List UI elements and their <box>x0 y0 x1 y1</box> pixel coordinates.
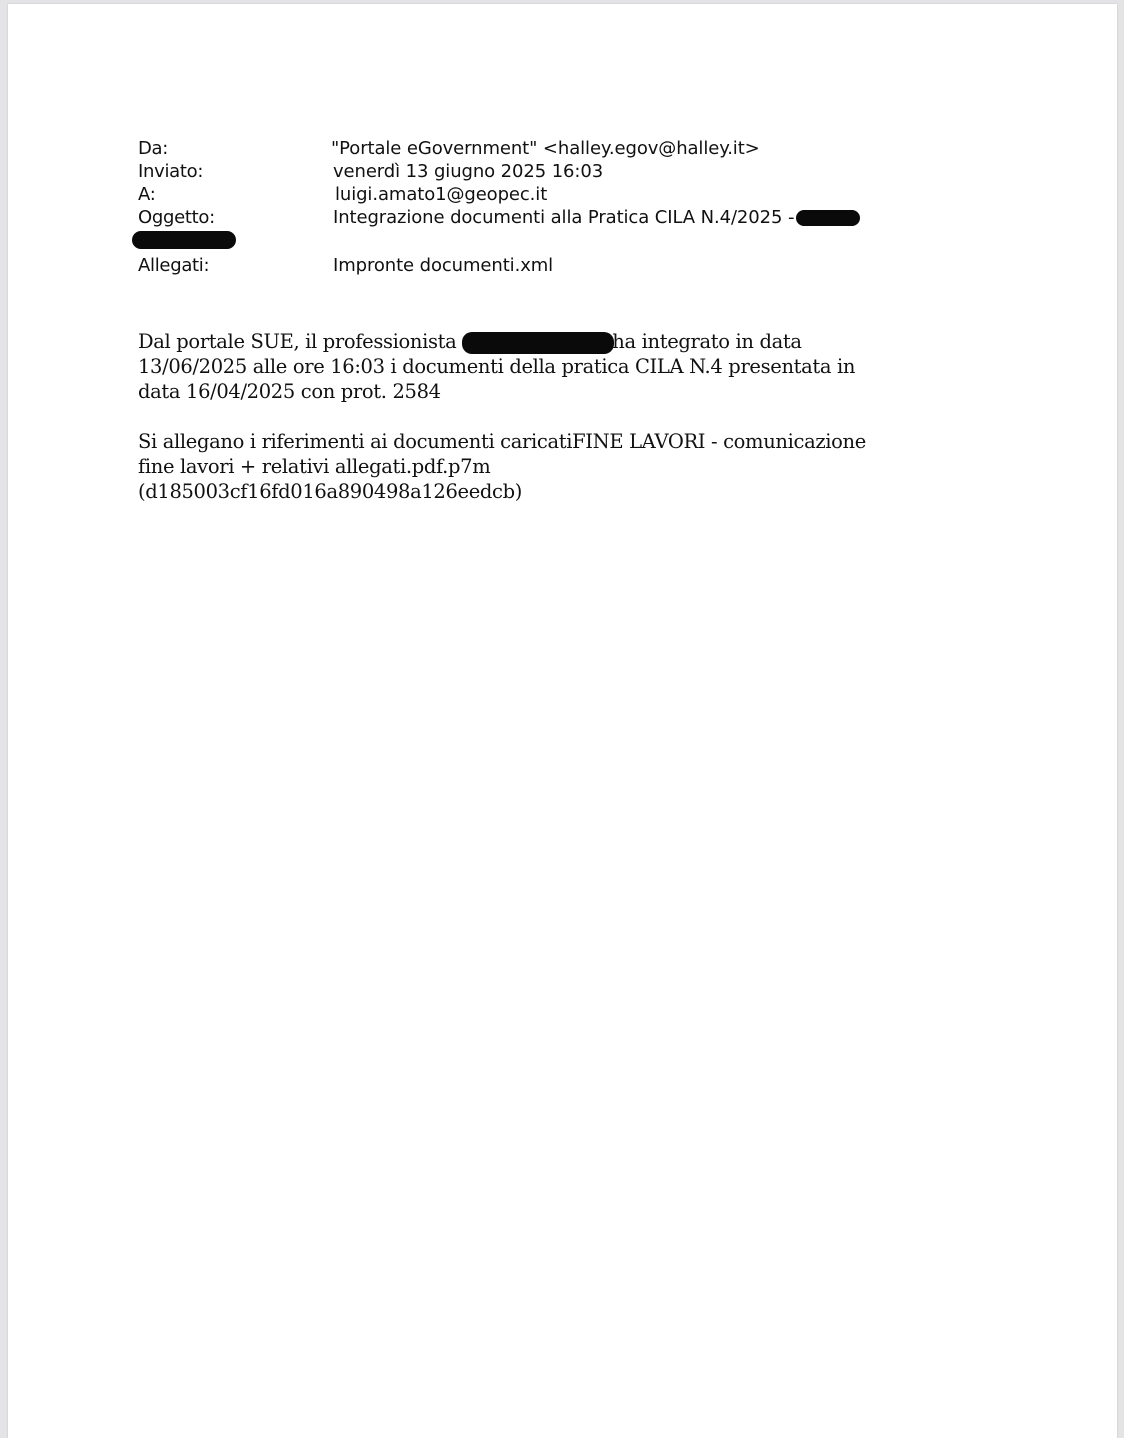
redaction-mark <box>796 210 860 226</box>
to-label: A: <box>138 183 155 206</box>
from-label: Da: <box>138 137 168 160</box>
body-text: Dal portale SUE, il professionista <box>138 330 456 353</box>
body-text: fine lavori + relativi allegati.pdf.p7m <box>138 454 1018 479</box>
redaction-mark <box>462 332 614 354</box>
from-value: "Portale eGovernment" <halley.egov@halle… <box>331 137 760 160</box>
document-page: Da: "Portale eGovernment" <halley.egov@h… <box>8 4 1117 1438</box>
body-paragraph-2: Si allegano i riferimenti ai documenti c… <box>138 429 1018 504</box>
email-body: Dal portale SUE, il professionista ha in… <box>138 329 1018 529</box>
body-text: Si allegano i riferimenti ai documenti c… <box>138 429 1018 454</box>
subject-label: Oggetto: <box>138 206 215 229</box>
subject-text: Integrazione documenti alla Pratica CILA… <box>333 207 794 228</box>
to-value: luigi.amato1@geopec.it <box>335 183 547 206</box>
attachments-value: Impronte documenti.xml <box>333 254 553 277</box>
body-text: 13/06/2025 alle ore 16:03 i documenti de… <box>138 354 1018 379</box>
redaction-mark <box>132 231 236 249</box>
body-text: ha integrato in data <box>612 330 801 353</box>
document-hash: (d185003cf16fd016a890498a126eedcb) <box>138 479 1018 504</box>
sent-label: Inviato: <box>138 160 203 183</box>
sent-value: venerdì 13 giugno 2025 16:03 <box>333 160 603 183</box>
body-text: data 16/04/2025 con prot. 2584 <box>138 379 1018 404</box>
attachments-label: Allegati: <box>138 254 209 277</box>
subject-value: Integrazione documenti alla Pratica CILA… <box>333 206 860 229</box>
body-paragraph-1: Dal portale SUE, il professionista ha in… <box>138 329 1018 404</box>
